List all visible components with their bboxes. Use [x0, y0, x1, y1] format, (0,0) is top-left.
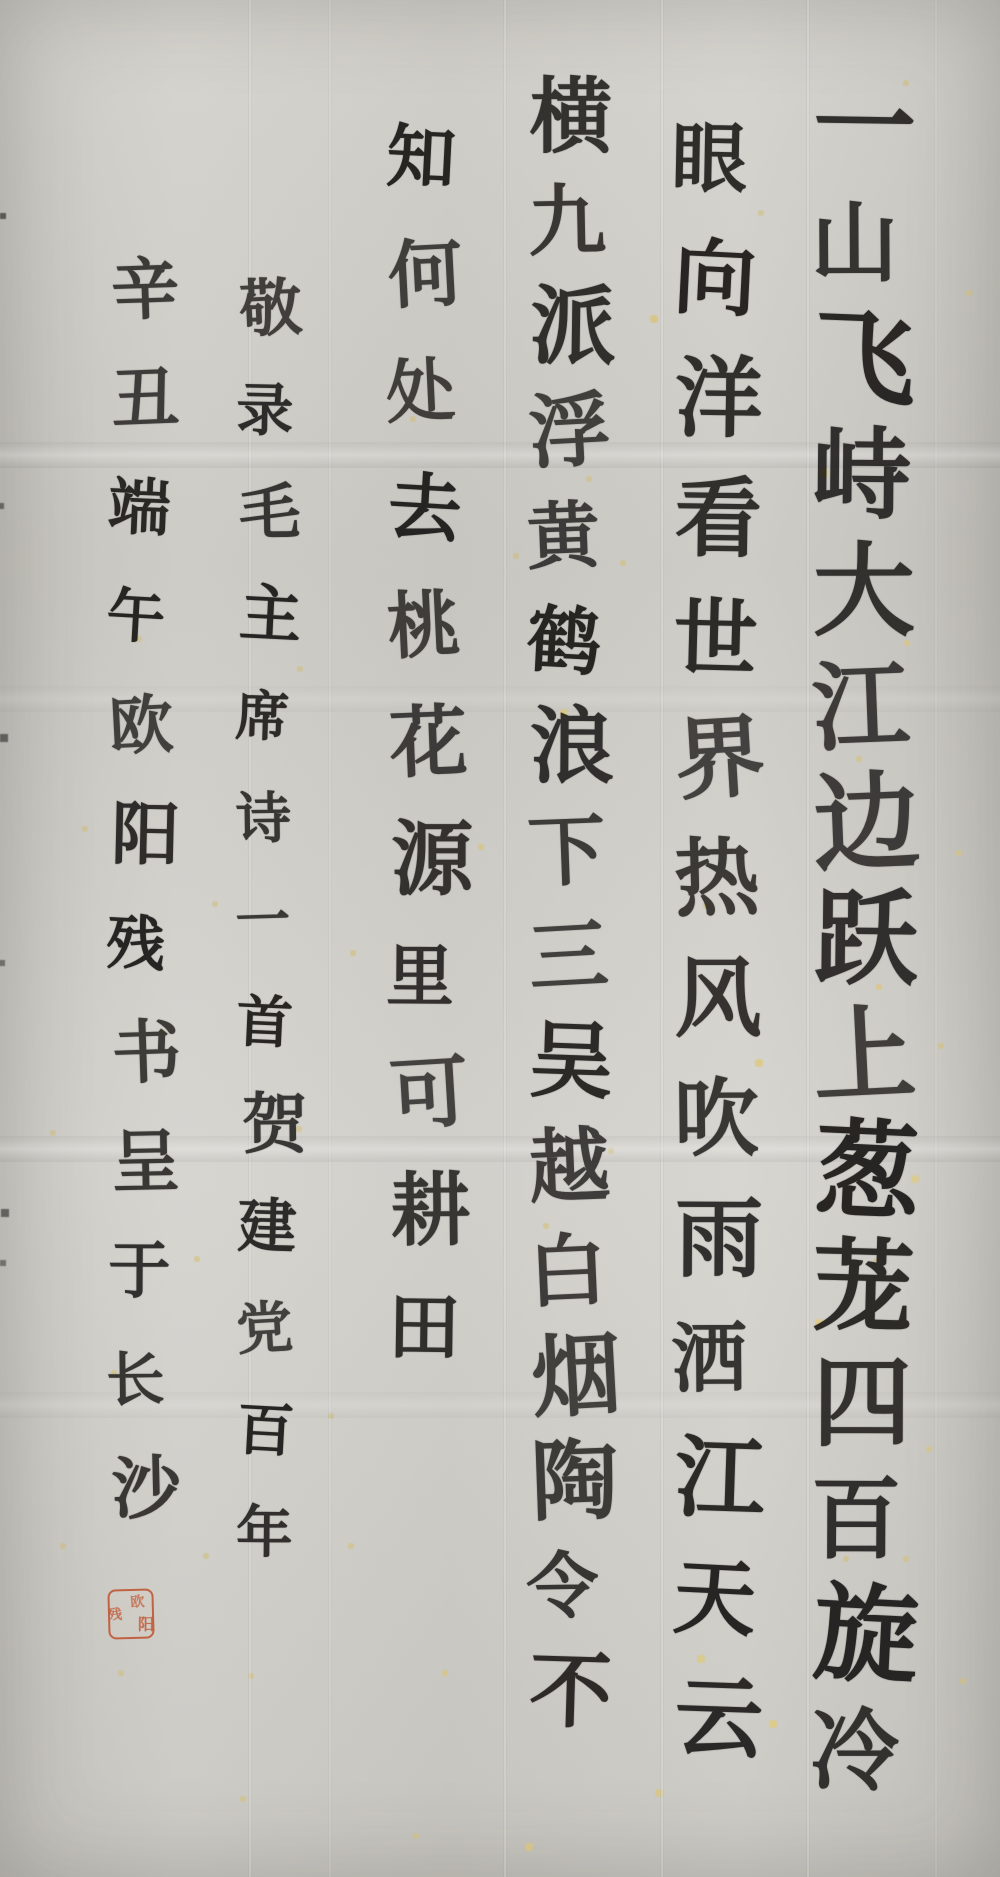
calligraphy-char: 录 — [216, 362, 315, 461]
calligraphy-char: 百 — [214, 1380, 316, 1482]
calligraphy-char: 浪 — [511, 691, 633, 802]
calligraphy-char: 源 — [372, 795, 492, 925]
left-edge-ink-marks — [0, 0, 2, 2]
seal-left-column: 残 — [112, 1591, 128, 1637]
calligraphy-char: 洋 — [654, 335, 784, 465]
calligraphy-char: 耕 — [372, 1148, 490, 1276]
calligraphy-char: 残 — [84, 889, 188, 998]
calligraphy-char: 残 — [108, 1607, 123, 1621]
calligraphy-char: 三 — [509, 902, 628, 1012]
calligraphy-scroll-photo: 一山飞峙大江边跃上葱茏四百旋冷 眼向洋看世界热风吹雨洒江天云 横九派浮黄鹤浪下三… — [0, 0, 1000, 1877]
calligraphy-char: 午 — [84, 563, 187, 671]
calligraphy-char: 烟 — [509, 1314, 644, 1438]
calligraphy-char: 浮 — [509, 376, 631, 488]
calligraphy-char: 一 — [793, 64, 935, 191]
calligraphy-char: 阳 — [87, 773, 204, 895]
fold-line — [503, 0, 507, 1877]
calligraphy-char: 首 — [214, 973, 314, 1073]
calligraphy-char: 欧 — [85, 667, 198, 785]
calligraphy-char: 大 — [794, 530, 933, 654]
calligraphy-char: 白 — [509, 1218, 626, 1326]
calligraphy-char: 四 — [794, 1343, 930, 1464]
calligraphy-char: 处 — [368, 336, 473, 449]
seal-right-column: 欧阳 — [133, 1591, 149, 1637]
calligraphy-char: 吴 — [510, 1005, 633, 1118]
calligraphy-char: 敬 — [215, 254, 326, 365]
calligraphy-char: 江 — [652, 1412, 787, 1547]
poem-column-3: 横九派浮黄鹤浪下三吴越白烟陶令不 — [512, 64, 627, 1744]
calligraphy-char: 知 — [368, 102, 474, 216]
calligraphy-char: 雨 — [655, 1175, 784, 1304]
calligraphy-char: 于 — [87, 1216, 192, 1326]
calligraphy-char: 一 — [215, 873, 311, 969]
calligraphy-char: 冷 — [794, 1698, 915, 1806]
calligraphy-char: 横 — [512, 62, 630, 170]
calligraphy-char: 山 — [794, 190, 914, 297]
poem-column-1: 一山飞峙大江边跃上葱茏四百旋冷 — [795, 70, 925, 1810]
calligraphy-char: 云 — [653, 1654, 786, 1787]
calligraphy-char: 建 — [216, 1176, 319, 1279]
calligraphy-char: 下 — [509, 799, 624, 905]
calligraphy-char: 茏 — [793, 1225, 934, 1352]
calligraphy-char: 江 — [792, 646, 929, 769]
calligraphy-char: 呈 — [87, 1100, 204, 1222]
calligraphy-char: 飞 — [792, 295, 937, 426]
calligraphy-char: 去 — [368, 449, 481, 571]
calligraphy-char: 天 — [652, 1537, 778, 1663]
calligraphy-char: 世 — [653, 577, 779, 703]
calligraphy-char: 毛 — [217, 460, 323, 566]
calligraphy-char: 令 — [510, 1538, 615, 1634]
calligraphy-char: 可 — [368, 1029, 490, 1160]
calligraphy-char: 丑 — [86, 337, 204, 460]
calligraphy-char: 辛 — [86, 228, 203, 351]
artist-seal: 欧阳 残 — [107, 1588, 154, 1639]
calligraphy-char: 看 — [654, 456, 783, 585]
calligraphy-char: 桃 — [368, 567, 479, 687]
calligraphy-char: 沙 — [87, 1427, 205, 1551]
calligraphy-char: 花 — [369, 680, 487, 807]
calligraphy-char: 端 — [85, 451, 194, 564]
calligraphy-char: 贺 — [218, 1068, 332, 1182]
date-signature-column: 辛丑端午欧阳残书呈于长沙 — [88, 235, 192, 1543]
calligraphy-char: 峙 — [794, 415, 930, 537]
calligraphy-char: 热 — [653, 816, 781, 944]
calligraphy-char: 长 — [86, 1328, 185, 1432]
calligraphy-char: 九 — [510, 170, 623, 274]
calligraphy-char: 黄 — [509, 487, 617, 587]
calligraphy-char: 风 — [654, 936, 781, 1063]
calligraphy-char: 欧 — [130, 1595, 145, 1610]
calligraphy-char: 眼 — [653, 104, 765, 216]
calligraphy-char: 百 — [794, 1465, 918, 1576]
calligraphy-char: 书 — [87, 990, 206, 1115]
calligraphy-char: 里 — [370, 924, 469, 1031]
calligraphy-char: 何 — [368, 214, 482, 336]
calligraphy-char: 界 — [651, 691, 789, 829]
fold-line — [328, 0, 332, 1877]
gold-fleck-texture — [0, 0, 2, 2]
calligraphy-char: 葱 — [791, 1104, 941, 1239]
calligraphy-char: 跃 — [794, 875, 938, 1004]
calligraphy-char: 席 — [215, 670, 309, 764]
poem-column-2: 眼向洋看世界热风吹雨洒江天云 — [655, 100, 775, 1780]
calligraphy-char: 吹 — [654, 1058, 779, 1183]
calligraphy-char: 向 — [651, 217, 778, 344]
calligraphy-char: 不 — [510, 1636, 632, 1748]
calligraphy-char: 田 — [370, 1270, 477, 1386]
calligraphy-char: 派 — [511, 269, 636, 383]
poem-column-4: 知何处去桃花源里可耕田 — [372, 100, 480, 1387]
calligraphy-char: 越 — [509, 1111, 629, 1222]
calligraphy-char: 上 — [791, 990, 937, 1122]
calligraphy-char: 主 — [215, 560, 325, 670]
calligraphy-char: 诗 — [216, 771, 311, 866]
dedication-column: 敬录毛主席诗一首贺建党百年 — [218, 258, 320, 1584]
calligraphy-char: 边 — [791, 756, 942, 892]
calligraphy-char: 陶 — [510, 1422, 639, 1541]
calligraphy-char: 年 — [216, 1485, 313, 1582]
calligraphy-char: 党 — [214, 1278, 315, 1379]
calligraphy-char: 鹤 — [509, 590, 620, 692]
calligraphy-char: 旋 — [791, 1568, 942, 1704]
calligraphy-char: 阳 — [138, 1617, 154, 1633]
calligraphy-char: 洒 — [654, 1304, 765, 1415]
